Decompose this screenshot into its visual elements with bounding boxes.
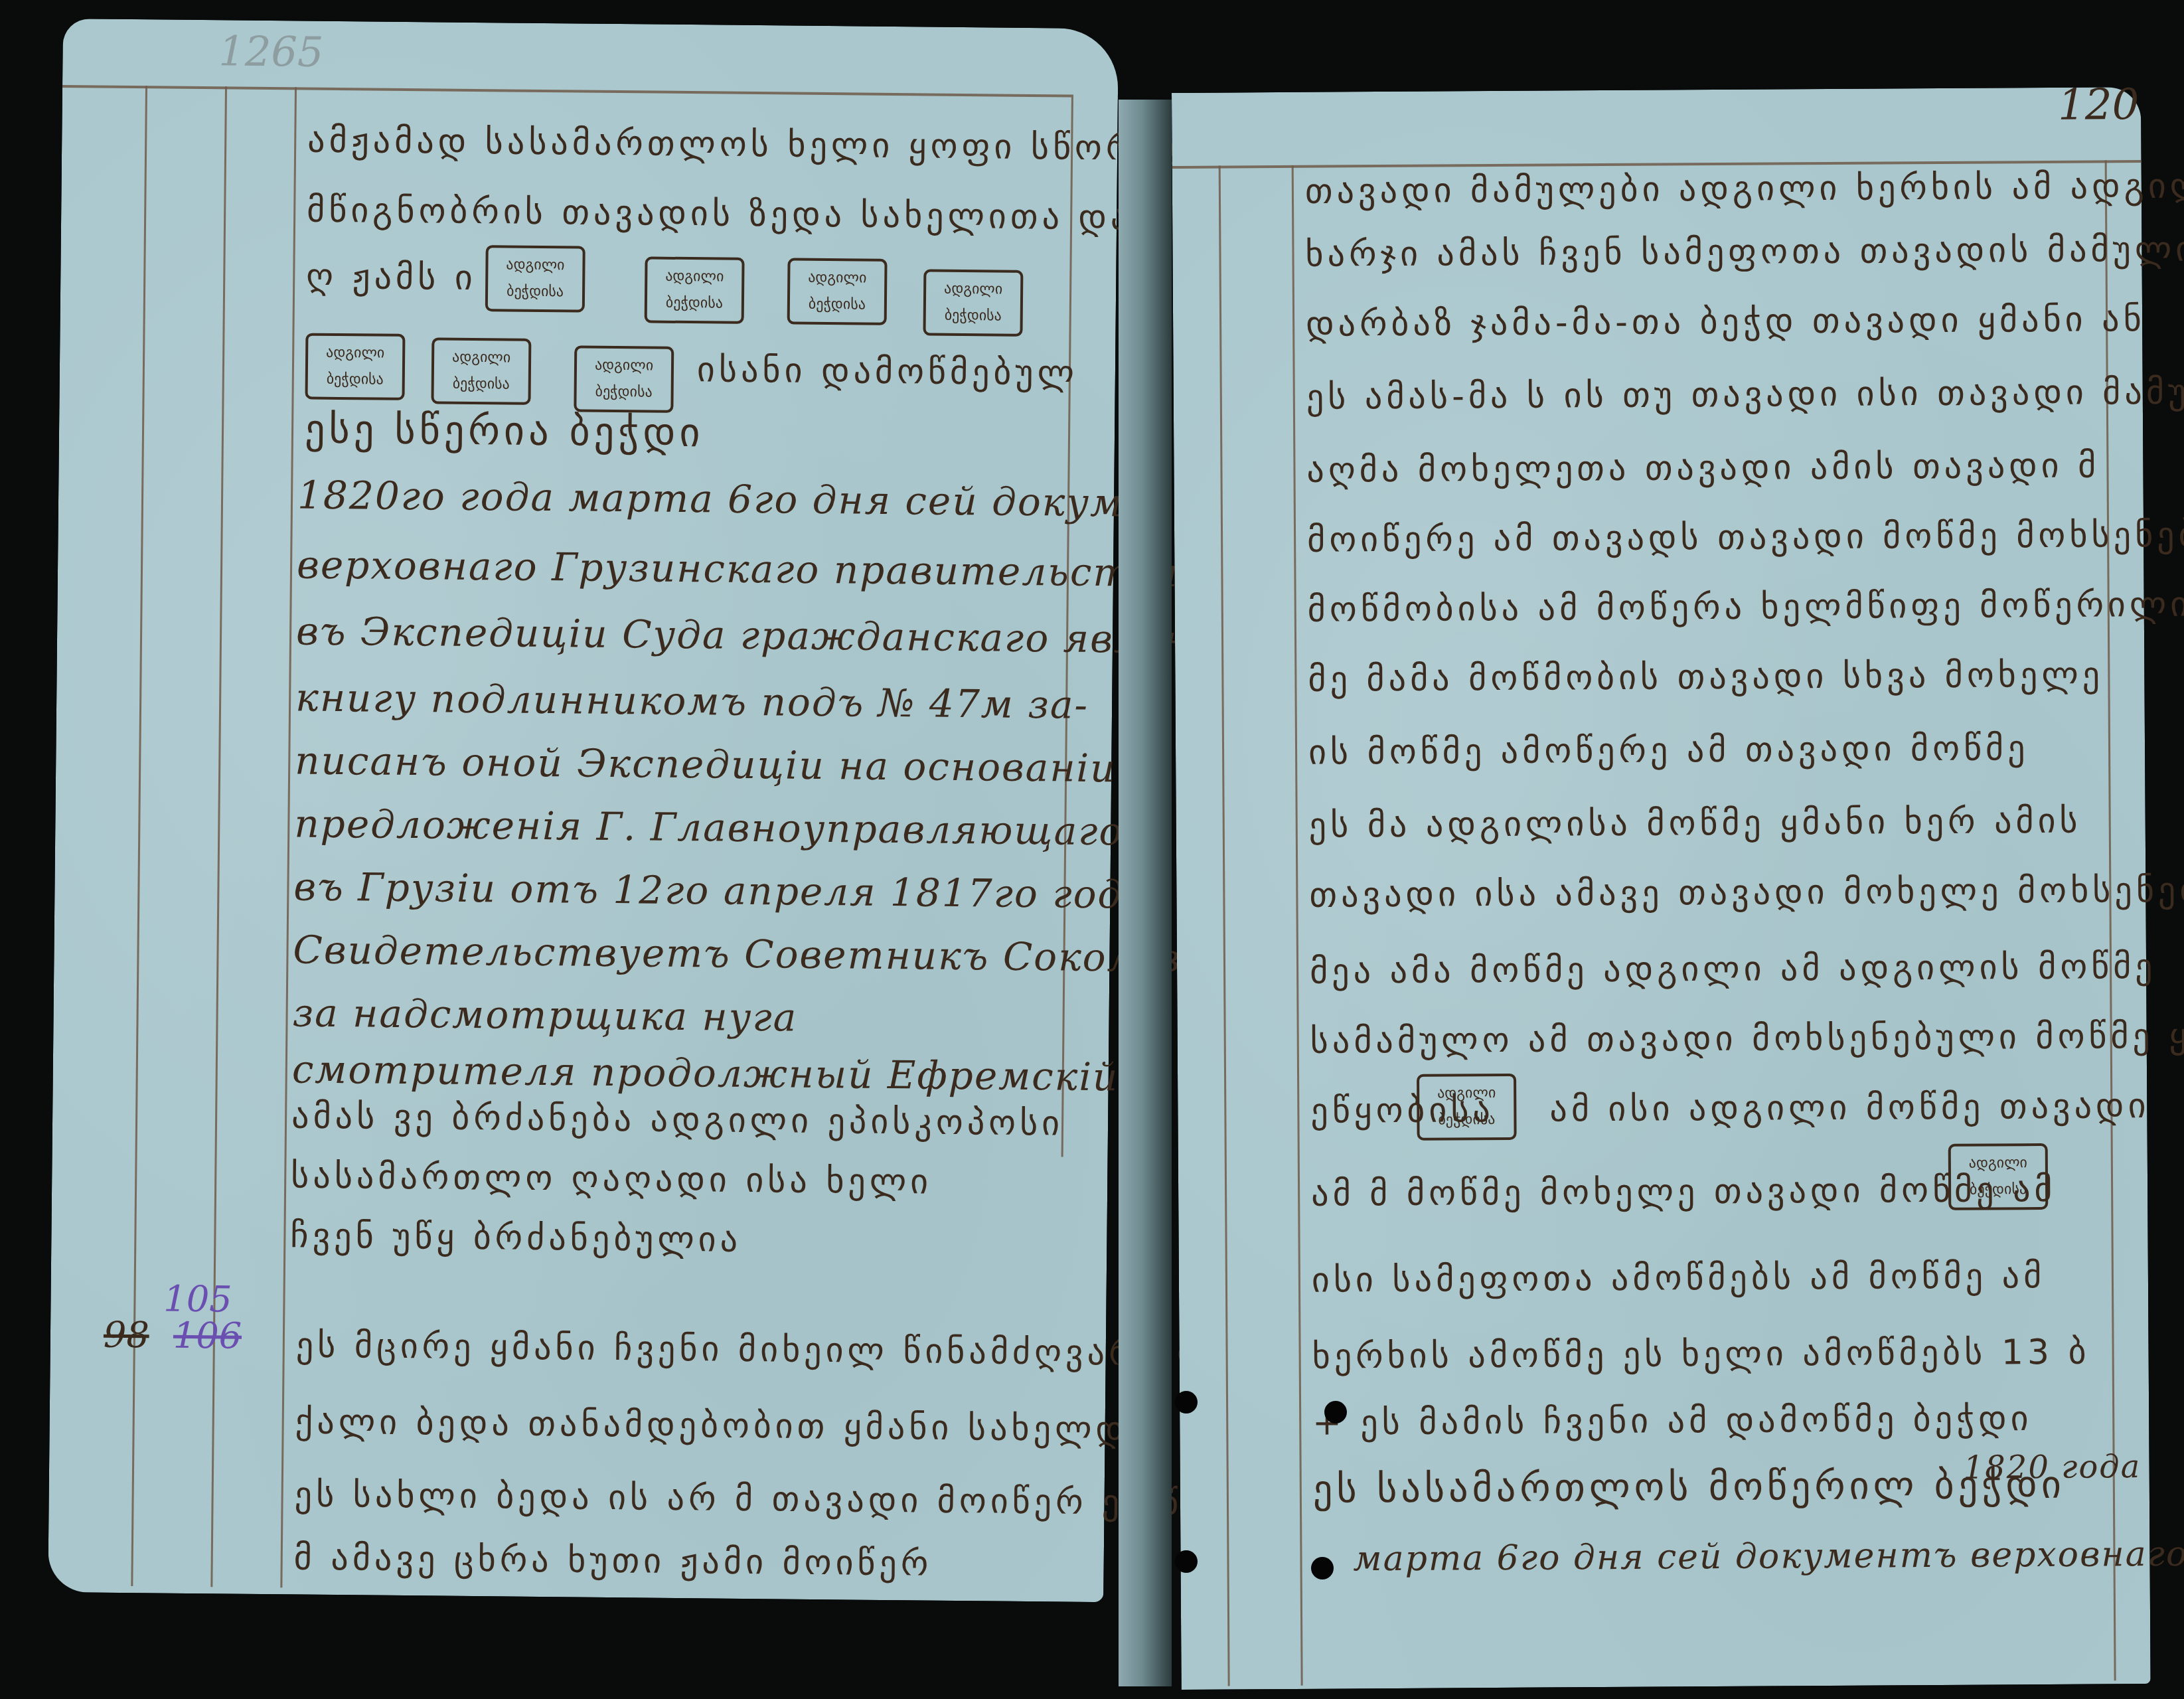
- georgian-line: ამ ისი ადგილი მოწმე თავადი: [1549, 1086, 2149, 1130]
- georgian-line: ამ მ მოწმე მოხელე თავადი მოწმე ამ: [1311, 1170, 2057, 1214]
- georgian-line: ის მოწმე ამოწერე ამ თავადი მოწმე: [1308, 728, 2029, 773]
- pencil-folio-number: 1265: [218, 27, 323, 76]
- georgian-line: ჩვენ უწყ ბრძანებულია: [290, 1216, 741, 1260]
- seal-placeholder-box: ადგილიბეჭდისა: [574, 345, 674, 412]
- margin-rule-2: [210, 86, 227, 1587]
- folio-number: 120: [2058, 80, 2140, 130]
- seal-placeholder-box: ადგილიბეჭდისა: [431, 337, 531, 404]
- georgian-line: თავადი ისა ამავე თავადი მოხელე მოხსენება: [1309, 870, 2184, 915]
- russian-registration-line: въ Грузіи отъ 12го апреля 1817го года: [293, 864, 1148, 917]
- georgian-line: აღმა მოხელეთა თავადი ამის თავადი მ: [1306, 445, 2100, 490]
- georgian-line: ხერხის ამოწმე ეს ხელი ამოწმებს 13 ბ: [1312, 1333, 2090, 1377]
- georgian-line: მოწმობისა ამ მოწერა ხელმწიფე მოწერილი ს: [1308, 584, 2184, 629]
- georgian-line: ხარჯი ამას ჩვენ სამეფოთა თავადის მამულის…: [1305, 228, 2184, 275]
- russian-registration-line: писанъ оной Экспедиціи на основаніи: [295, 738, 1117, 791]
- russian-registration-line: смотрителя продолжный Ефремскій: [291, 1046, 1119, 1099]
- georgian-line: მე მამა მოწმობის თავადი სხვა მოხელე: [1308, 655, 2104, 699]
- binding-punch-hole: [1175, 1550, 1198, 1573]
- binding-punch-hole: [1175, 1391, 1198, 1414]
- georgian-line: თავადი მამულები ადგილი ხერხის ამ ადგილ ხ…: [1305, 165, 2184, 212]
- georgian-line: ისანი დამოწმებულ: [697, 350, 1079, 394]
- entry-line: ქალი ბედა თანამდებობით ყმანი სახელდ: [295, 1402, 1128, 1449]
- left-page: 1265 ამჟამად სასამართლოს ხელი ყოფი სწორე…: [48, 19, 1119, 1602]
- top-rule: [62, 85, 1071, 98]
- georgian-line: მოიწერე ამ თავადს თავადი მოწმე მოხსენები…: [1307, 515, 2184, 560]
- russian-registration-line: Свидетельствуетъ Советникъ Соколовъ: [293, 927, 1208, 981]
- margin-rule-2: [1292, 165, 1303, 1686]
- entry-number-old: 106: [173, 1315, 242, 1357]
- margin-rule-1: [1219, 166, 1230, 1686]
- georgian-line: ისი სამეფოთა ამოწმებს ამ მოწმე ამ: [1312, 1256, 2046, 1301]
- georgian-signature-line: ეს სასამართლოს მოწერილ ბეჭდი: [1313, 1462, 2065, 1512]
- seal-placeholder-box: ადგილიბეჭდისა: [923, 269, 1023, 336]
- georgian-line: სამამულო ამ თავადი მოხსენებული მოწმე ყმა…: [1310, 1016, 2184, 1062]
- georgian-line: ეს მა ადგილისა მოწმე ყმანი ხერ ამის: [1309, 801, 2082, 846]
- right-page: 120 თავადი მამულები ადგილი ხერხის ამ ადგ…: [1172, 87, 2151, 1690]
- georgian-signature-line: ესე სწერია ბეჭდი: [305, 406, 704, 457]
- russian-registration-line: книгу подлинникомъ подъ № 47м за-: [295, 675, 1089, 727]
- entry-line: მ ამავე ცხრა ხუთი ჟამი მოიწერ: [293, 1538, 932, 1583]
- book-gutter: [1119, 100, 1172, 1686]
- binding-punch-hole: [1311, 1557, 1334, 1579]
- entry-number-struck: 98: [104, 1314, 149, 1356]
- seal-placeholder-box: ადგილიბეჭდისა: [645, 256, 745, 323]
- russian-registration-line: марта 6го дня сей документъ верховнаго: [1353, 1534, 2184, 1579]
- georgian-line: მწიგნობრის თავადის ზედა სახელითა დაუმტკ: [307, 191, 1225, 239]
- russian-registration-line: 1820го года марта 6го дня сей документъ: [297, 472, 1239, 526]
- seal-placeholder-box: ადგილიბეჭდისა: [305, 333, 406, 400]
- binding-punch-hole: [1324, 1401, 1347, 1423]
- seal-placeholder-box: ადგილიბეჭდისა: [1417, 1074, 1517, 1141]
- georgian-line: სასამართლო ღაღადი ისა ხელი: [291, 1156, 932, 1202]
- russian-registration-line: предложенія Г. Главноуправляющаго: [294, 801, 1124, 854]
- russian-registration-line: верховнаго Грузинскаго правительства: [297, 542, 1179, 596]
- seal-placeholder-box: ადგილიბეჭდისა: [787, 258, 888, 325]
- seal-placeholder-box: ადგილიბეჭდისა: [485, 245, 585, 312]
- georgian-line: ამას ვე ბრძანება ადგილი ეპისკოპოსი: [291, 1096, 1064, 1143]
- entry-line: ეს სახლი ბედა ის არ მ თავადი მოიწერ ეს წ…: [294, 1475, 1204, 1523]
- russian-date-line: 1820 года: [1964, 1448, 2142, 1487]
- georgian-line: დარბაზ ჯამა-მა-თა ბეჭდ თავადი ყმანი ან: [1306, 299, 2145, 345]
- entry-line: ეს მცირე ყმანი ჩვენი მიხეილ წინამძღვარი …: [296, 1325, 1209, 1374]
- georgian-line: მეა ამა მოწმე ადგილი ამ ადგილის მოწმე: [1310, 947, 2157, 992]
- russian-registration-line: за надсмотрщика нуга: [292, 990, 797, 1040]
- georgian-line: + ეს მამის ჩვენი ამ დამოწმე ბეჭდი: [1312, 1399, 2033, 1443]
- georgian-line: ეს ამას-მა ს ის თუ თავადი ისი თავადი მამ…: [1306, 372, 2184, 418]
- georgian-line: ღ ჟამს ი: [306, 257, 477, 298]
- margin-rule-1: [131, 86, 147, 1586]
